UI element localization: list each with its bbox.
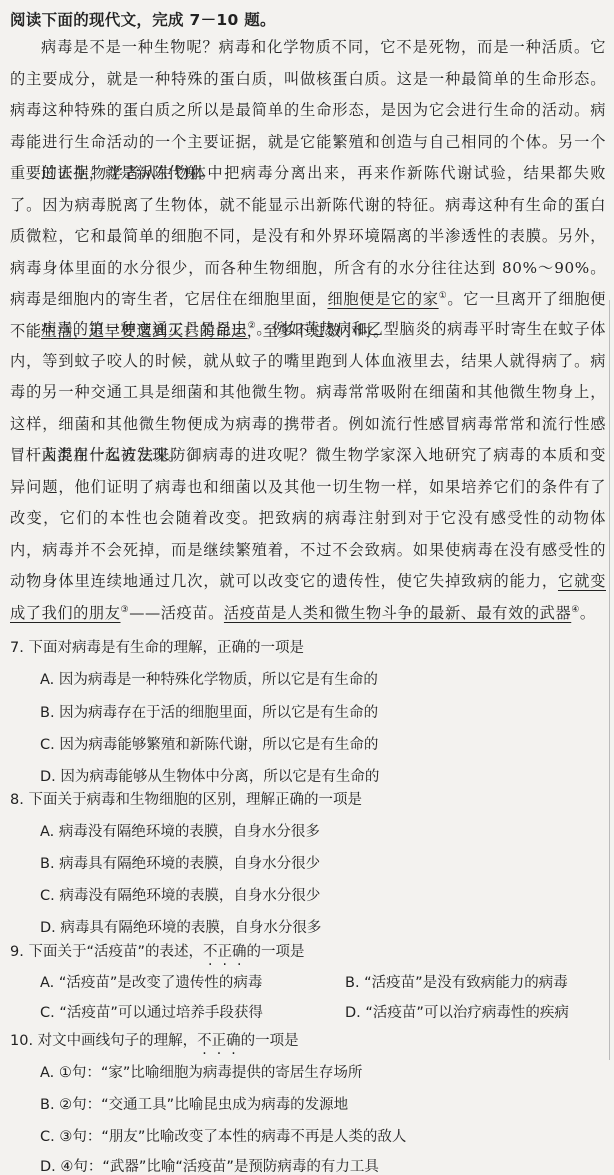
- emphasis-char: 确: [232, 944, 247, 960]
- underlined-sentence-1: 细胞便是它的家: [327, 290, 438, 308]
- question-7-stem: 7. 下面对病毒是有生命的理解，正确的一项是: [10, 636, 304, 657]
- emphasis-char: 确: [226, 1033, 241, 1049]
- emphasis-char: 正: [217, 944, 232, 960]
- emphasis-char: 不: [203, 944, 218, 960]
- footnote-marker-3: ③: [121, 604, 130, 614]
- question-9-option-c[interactable]: C. “活疫苗”可以通过培养手段获得: [40, 1001, 263, 1022]
- question-10-option-a[interactable]: A. ①句：“家”比喻细胞为病毒提供的寄居生存场所: [40, 1061, 362, 1082]
- footnote-marker-4: ④: [571, 604, 580, 614]
- question-10-option-b[interactable]: B. ②句：“交通工具”比喻昆虫成为病毒的发源地: [40, 1093, 348, 1114]
- question-7-option-d[interactable]: D. 因为病毒能够从生物体中分离，所以它是有生命的: [40, 765, 379, 786]
- section-heading: 阅读下面的现代文，完成 7－10 题。: [10, 8, 276, 30]
- question-7-option-b[interactable]: B. 因为病毒存在于活的细胞里面，所以它是有生命的: [40, 701, 378, 722]
- underlined-sentence-2: 病毒的第一种交通工具是昆虫: [41, 320, 248, 338]
- exam-page: 阅读下面的现代文，完成 7－10 题。 病毒是不是一种生物呢？病毒和化学物质不同…: [0, 0, 614, 1175]
- question-7-option-a[interactable]: A. 因为病毒是一种特殊化学物质，所以它是有生命的: [40, 668, 378, 689]
- question-10-option-d[interactable]: D. ④句：“武器”比喻“活疫苗”是预防病毒的有力工具: [40, 1155, 379, 1175]
- passage-paragraph-4: 人类用什么方法来防御病毒的进攻呢？微生物学家深入地研究了病毒的本质和变异问题，他…: [10, 440, 606, 629]
- page-edge-rule: [609, 300, 610, 1060]
- emphasis-char: 不: [197, 1033, 212, 1049]
- question-10-stem: 10. 对文中画线句子的理解，不正确的一项是: [10, 1029, 299, 1050]
- question-10-option-c[interactable]: C. ③句：“朋友”比喻改变了本性的病毒不再是人类的敌人: [40, 1125, 406, 1146]
- question-8-stem: 8. 下面关于病毒和生物细胞的区别，理解正确的一项是: [10, 788, 362, 809]
- question-8-option-b[interactable]: B. 病毒具有隔绝环境的表膜，自身水分很少: [40, 852, 320, 873]
- question-8-option-d[interactable]: D. 病毒具有隔绝环境的表膜，自身水分很多: [40, 916, 321, 937]
- question-8-option-a[interactable]: A. 病毒没有隔绝环境的表膜，自身水分很多: [40, 820, 320, 841]
- question-9-option-b[interactable]: B. “活疫苗”是没有致病能力的病毒: [345, 971, 568, 992]
- question-9-stem: 9. 下面关于“活疫苗”的表述，不正确的一项是: [10, 940, 304, 961]
- question-8-option-c[interactable]: C. 病毒没有隔绝环境的表膜，自身水分很少: [40, 884, 320, 905]
- question-7-option-c[interactable]: C. 因为病毒能够繁殖和新陈代谢，所以它是有生命的: [40, 733, 378, 754]
- underlined-sentence-4: 活疫苗是人类和微生物斗争的最新、最有效的武器: [224, 604, 571, 622]
- question-9-option-a[interactable]: A. “活疫苗”是改变了遗传性的病毒: [40, 971, 262, 992]
- question-9-option-d[interactable]: D. “活疫苗”可以治疗病毒性的疾病: [345, 1001, 569, 1022]
- emphasis-char: 正: [212, 1033, 227, 1049]
